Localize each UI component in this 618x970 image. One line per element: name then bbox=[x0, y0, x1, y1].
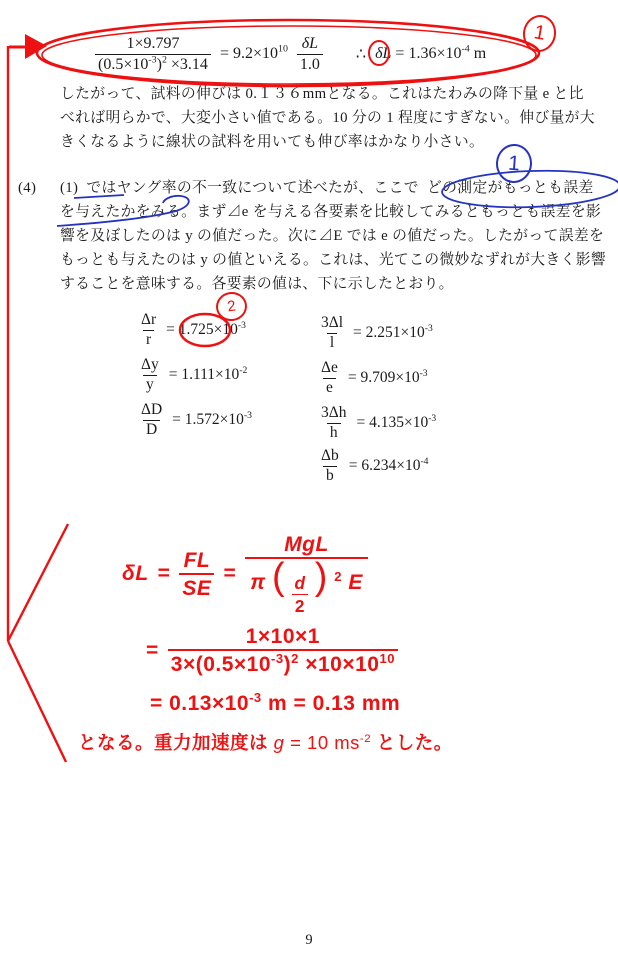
fraction-numerator: Δy bbox=[138, 356, 162, 375]
fraction: 3Δhh bbox=[318, 404, 349, 442]
error-term-row: ΔDD = 1.572×10-3 bbox=[138, 401, 252, 439]
equals-sign: = bbox=[146, 639, 159, 663]
fraction-deltaL: δL1.0 bbox=[297, 34, 323, 73]
fraction-FL-SE: FLSE bbox=[179, 548, 214, 601]
fraction: Δyy bbox=[138, 356, 162, 394]
fraction-numerator: Δr bbox=[138, 311, 159, 330]
pi-symbol: π bbox=[250, 571, 265, 594]
handwritten-equation-line2: = 1×10×13×(0.5×10-3)2 ×10×1010 bbox=[146, 624, 398, 677]
paragraph1-line2: べれば明らかで、大変小さい値である。10 分の 1 程度にすぎない。伸び量が大 bbox=[60, 110, 595, 128]
fraction-numerator: FL bbox=[181, 548, 214, 573]
fraction: Δbb bbox=[318, 447, 342, 485]
error-term-value: = 4.135×10-3 bbox=[356, 414, 436, 432]
fraction-denominator: y bbox=[143, 375, 157, 395]
equation-result: δL = 1.36×10-4 m bbox=[375, 45, 486, 63]
fraction-numerator: 1×9.797 bbox=[123, 34, 182, 53]
E-symbol: E bbox=[348, 571, 363, 594]
fraction-numeric: 1×10×13×(0.5×10-3)2 ×10×1010 bbox=[168, 624, 398, 677]
document-page: 1×9.797(0.5×10-3)2 ×3.14 = 9.2×1010 δL1.… bbox=[0, 0, 618, 970]
fraction-denominator: π ( d2 ) 2 E bbox=[245, 557, 368, 616]
error-term-value: = 1.111×10-2 bbox=[169, 366, 248, 384]
section4-line5: することを意味する。各要素の値は、下に示したとおり。 bbox=[60, 276, 454, 294]
fraction-numerator: Δe bbox=[318, 359, 341, 378]
section4-line4: もっとも与えたのは y の値といえる。これは、光てこの微妙なずれが大きく影響 bbox=[60, 252, 606, 270]
paragraph1-line3: きくなるように線状の試料を用いても伸び率はかなり小さい。 bbox=[60, 134, 484, 152]
fraction-denominator: D bbox=[143, 420, 160, 440]
fraction-denominator: (0.5×10-3)2 ×3.14 bbox=[95, 54, 211, 74]
fraction-numerator: δL bbox=[299, 34, 321, 53]
handwritten-equation-line1: δL = FLSE = MgL π ( d2 ) 2 E bbox=[122, 532, 368, 617]
fraction-denominator: r bbox=[143, 330, 154, 350]
fraction-numerator: ΔD bbox=[138, 401, 165, 420]
fraction-denominator: 3×(0.5×10-3)2 ×10×1010 bbox=[168, 649, 398, 677]
equals-sign: = bbox=[158, 562, 171, 586]
error-term-value: = 2.251×10-3 bbox=[353, 324, 433, 342]
error-term-row: Δyy = 1.111×10-2 bbox=[138, 356, 247, 394]
therefore-sign: ∴ bbox=[356, 44, 366, 64]
fraction-numerator: MgL bbox=[281, 532, 332, 557]
error-term-value: = 9.709×10-3 bbox=[348, 369, 428, 387]
fraction-MgL: MgL π ( d2 ) 2 E bbox=[245, 532, 368, 617]
error-term-value: = 1.725×10-3 bbox=[166, 321, 246, 339]
fraction-numerator: Δb bbox=[318, 447, 342, 466]
fraction-d-2: d2 bbox=[291, 573, 308, 616]
fraction: ΔDD bbox=[138, 401, 165, 439]
error-term-row: Δee = 9.709×10-3 bbox=[318, 359, 428, 397]
g-symbol: g bbox=[274, 732, 285, 753]
note-text: とした。 bbox=[377, 732, 453, 753]
fraction: 3Δll bbox=[318, 314, 346, 352]
red-circled-number-1: 1 bbox=[520, 12, 559, 54]
handwritten-note-line: となる。重力加速度は g = 10 ms-2 とした。 bbox=[78, 729, 453, 755]
fraction-denominator: 2 bbox=[292, 594, 308, 617]
error-term-row: 3Δll = 2.251×10-3 bbox=[318, 314, 433, 352]
fraction-denominator: l bbox=[327, 333, 337, 353]
fraction-lhs: 1×9.797(0.5×10-3)2 ×3.14 bbox=[95, 34, 211, 73]
section4-line2: を与えたかをみる。まず⊿e を与える各要素を比較してみるともっとも誤差を影 bbox=[60, 204, 601, 222]
equation-middle: = 9.2×1010 bbox=[220, 45, 288, 63]
handwritten-equation-line3: = 0.13×10-3 m = 0.13 mm bbox=[150, 692, 400, 716]
error-term-row: 3Δhh = 4.135×10-3 bbox=[318, 404, 436, 442]
error-term-row: Δbb = 6.234×10-4 bbox=[318, 447, 428, 485]
note-text: となる。重力加速度は bbox=[78, 732, 274, 753]
fraction-denominator: b bbox=[323, 466, 337, 486]
fraction-denominator: SE bbox=[179, 573, 214, 601]
fraction-denominator: h bbox=[327, 423, 341, 443]
fraction-denominator: e bbox=[323, 378, 336, 398]
red-bracket-upper bbox=[8, 524, 68, 641]
note-value: = 10 ms-2 bbox=[284, 732, 376, 753]
error-term-value: = 1.572×10-3 bbox=[172, 411, 252, 429]
fraction-numerator: d bbox=[291, 573, 308, 594]
paragraph1-line1: したがって、試料の伸びは 0.１３６mmとなる。これはたわみの降下量 e と比 bbox=[60, 86, 584, 104]
fraction-numerator: 3Δh bbox=[318, 404, 349, 423]
close-paren: ) bbox=[315, 556, 328, 598]
result-symbol: δL bbox=[375, 45, 391, 62]
open-paren: ( bbox=[272, 556, 285, 598]
red-arrow-head-icon bbox=[25, 34, 47, 59]
page-number: 9 bbox=[0, 932, 618, 949]
blue-circled-number-1: 1 bbox=[495, 143, 534, 184]
error-term-value: = 6.234×10-4 bbox=[349, 457, 429, 475]
exponent: 2 bbox=[334, 569, 342, 584]
result-value: = 1.36×10-4 m bbox=[391, 45, 486, 62]
fraction: Δee bbox=[318, 359, 341, 397]
fraction-numerator: 1×10×1 bbox=[243, 624, 323, 649]
fraction: Δrr bbox=[138, 311, 159, 349]
red-bracket-lower bbox=[8, 641, 66, 762]
section4-line3: 響を及ぼしたのは y の値だった。次に⊿E では e の値だった。したがって誤差… bbox=[60, 228, 604, 246]
fraction-denominator: 1.0 bbox=[297, 54, 323, 74]
section4-label: (4) bbox=[18, 180, 36, 198]
deltaL-symbol: δL bbox=[122, 562, 149, 586]
fraction-numerator: 3Δl bbox=[318, 314, 346, 333]
top-equation: 1×9.797(0.5×10-3)2 ×3.14 = 9.2×1010 δL1.… bbox=[95, 28, 486, 80]
equals-sign: = bbox=[223, 562, 236, 586]
